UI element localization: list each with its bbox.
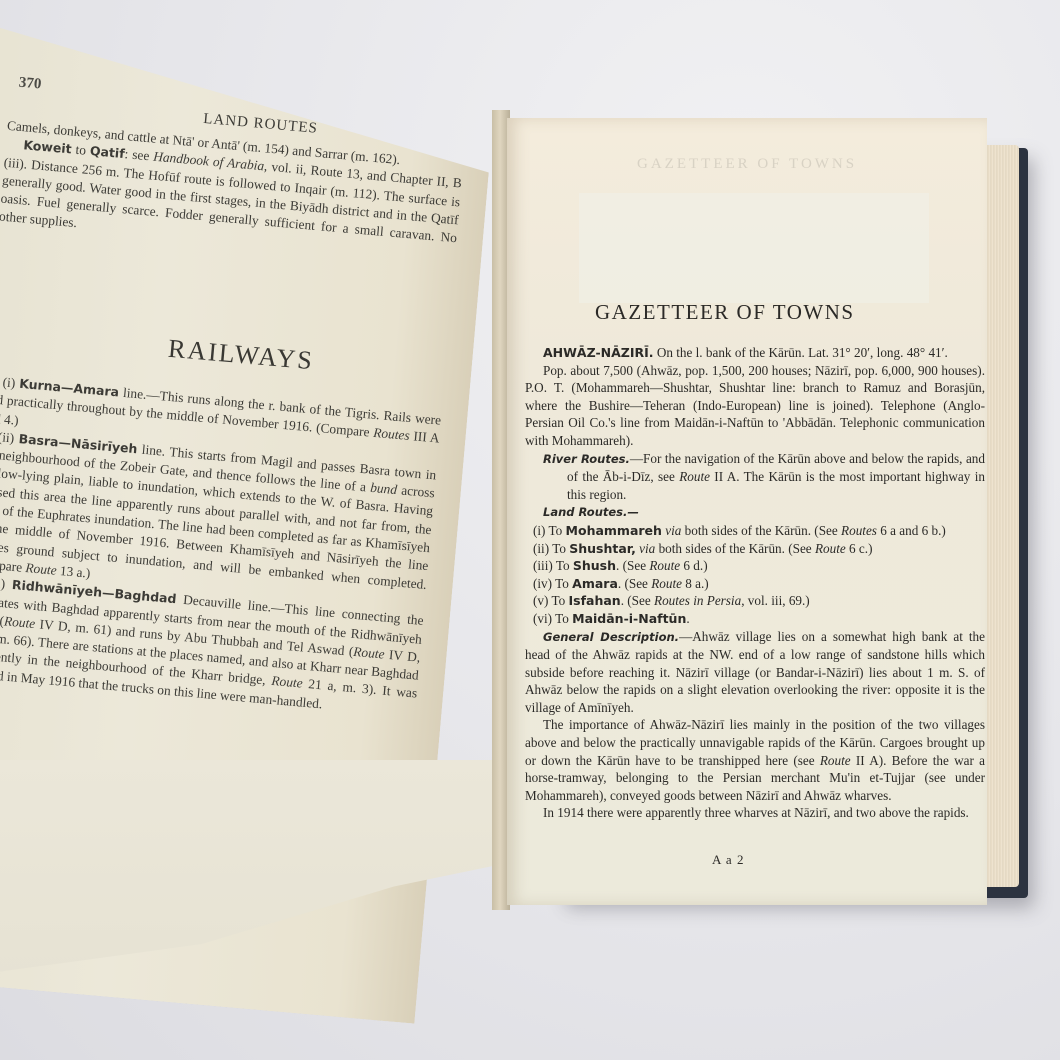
route-item: (v) To Isfahan. (See Routes in Persia, v… xyxy=(525,592,985,610)
right-page: GAZETTEER OF TOWNS GAZETTEER OF TOWNS AH… xyxy=(507,118,987,905)
page-title: GAZETTEER OF TOWNS xyxy=(595,304,855,322)
left-page-text: 370 LAND ROUTES Camels, donkeys, and cat… xyxy=(6,24,474,65)
entry-heading: AHWĀZ-NĀZIRĪ. On the l. bank of the Kārū… xyxy=(525,344,985,362)
railways-section: (i) Kurna—Amara line.—This runs along th… xyxy=(0,372,442,722)
population-paragraph: Pop. about 7,500 (Ahwāz, pop. 1,500, 200… xyxy=(525,362,985,450)
show-through-header: GAZETTEER OF TOWNS xyxy=(637,156,857,173)
general-description: General Description.—Ahwāz village lies … xyxy=(525,628,985,717)
route-item: (ii) To Shushtar, via both sides of the … xyxy=(525,540,985,558)
photo-scene: 370 LAND ROUTES Camels, donkeys, and cat… xyxy=(0,0,1060,1060)
route-item: (iii) To Shush. (See Route 6 d.) xyxy=(525,557,985,575)
land-routes-list: (i) To Mohammareh via both sides of the … xyxy=(525,522,985,628)
river-routes: River Routes.—For the navigation of the … xyxy=(525,450,985,504)
land-routes-label: Land Routes.— xyxy=(525,503,985,522)
importance-paragraph: The importance of Ahwāz-Nāzirī lies main… xyxy=(525,716,985,804)
gazetteer-entry: AHWĀZ-NĀZIRĪ. On the l. bank of the Kārū… xyxy=(525,344,985,822)
land-routes-continued: Camels, donkeys, and cattle at Ntā' or A… xyxy=(0,117,464,266)
signature-mark: A a 2 xyxy=(712,851,744,869)
running-head: LAND ROUTES xyxy=(203,110,319,138)
page-edges xyxy=(985,145,1019,887)
route-item: (i) To Mohammareh via both sides of the … xyxy=(525,522,985,540)
page-number: 370 xyxy=(18,74,42,94)
route-item: (vi) To Maidān-i-Naftūn. xyxy=(525,610,985,628)
wharves-paragraph: In 1914 there were apparently three whar… xyxy=(525,804,985,822)
show-through xyxy=(579,193,929,303)
section-title: RAILWAYS xyxy=(167,340,314,371)
route-item: (iv) To Amara. (See Route 8 a.) xyxy=(525,575,985,593)
